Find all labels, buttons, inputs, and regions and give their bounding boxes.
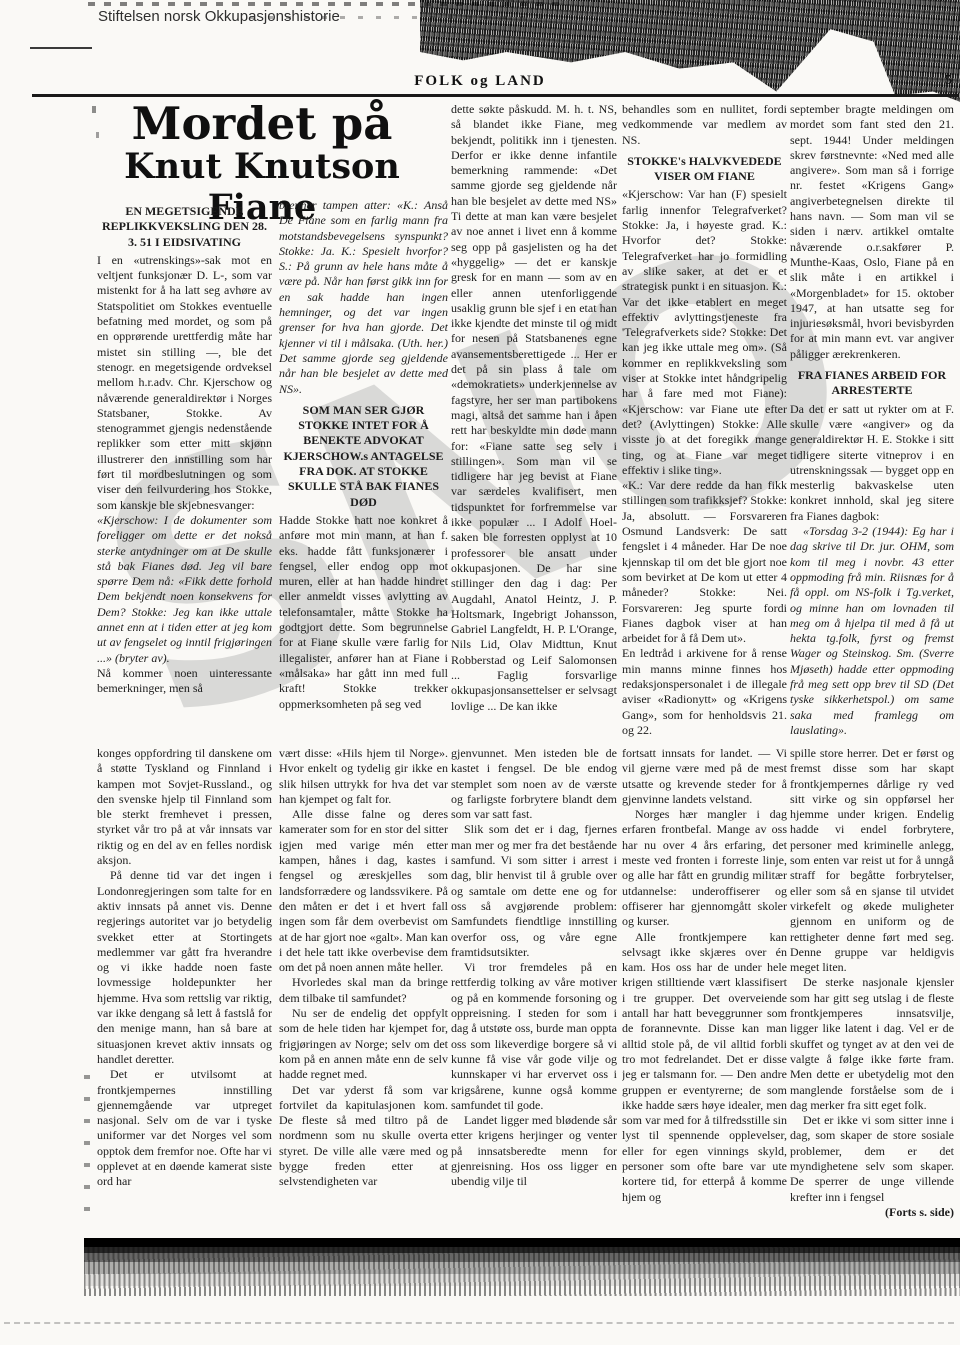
article-paragraph: Nå kommer noen uinteressante bemerkninge… [97,666,272,697]
scan-artifact-bottom-dashes [4,1322,954,1324]
article-paragraph: gjenvunnet. Men isteden ble de kastet i … [451,746,617,822]
article-paragraph: Vi tror fremdeles på en rettferdig tolki… [451,960,617,1113]
top-column-2: brenner tampen atter: «K.: Anså De Fiane… [279,198,448,745]
scan-artifact-margin-marks [84,1075,90,1225]
page-number: 5 [945,73,952,89]
article-paragraph: Norges hær mangler i dag erfaren frontbe… [622,807,787,929]
article-paragraph: De sterke nasjonale kjensler som har git… [790,975,954,1113]
article-paragraph: Alle disse falne og deres kamerater som … [279,807,448,975]
article-paragraph: «K.: Var dere redde da han fikk stilling… [622,478,787,646]
bottom-column-5: spille store herrer. Det er først og fre… [790,746,954,1236]
scan-artifact-left-rule [30,47,92,49]
article-paragraph: konges oppfordring til danskene om å stø… [97,746,272,868]
article-paragraph: En ledtråd i arkivene for å rense min ma… [622,646,787,738]
newspaper-page: Stiftelsen norsk Okkupasjonshistorie SNO… [0,0,960,1345]
masthead-title: FOLK og LAND [0,73,960,90]
article-paragraph: På denne tid var det ingen i Londonregje… [97,868,272,1067]
article-paragraph: Det er utvilsomt at frontkjempernes inns… [97,1067,272,1189]
article-paragraph: brenner tampen atter: «K.: Anså De Fiane… [279,198,448,397]
headline-line-1: Mordet på [90,100,434,147]
top-column-4: behandles som en nullitet, fordi vedkomm… [622,102,787,745]
article-paragraph: Landet ligger med blødende sår etter kri… [451,1113,617,1189]
scan-foundation-label: Stiftelsen norsk Okkupasjonshistorie [98,8,340,25]
top-column-1: EN MEGETSIGENDE REPLIKKVEKSLING DEN 28. … [97,198,272,745]
article-paragraph: «Kjerschow: I de dokumenter som foreligg… [97,513,272,666]
article-paragraph: vært disse: «Hils hjem til Norge». Hvor … [279,746,448,807]
article-paragraph: «Kjerschow: Var han (F) spesielt farlig … [622,187,787,478]
article-paragraph: Det er ikke vi som sitter inne i dag, so… [790,1113,954,1205]
article-paragraph: Da det er satt ut rykter om at F. skulle… [790,402,954,524]
article-paragraph: behandles som en nullitet, fordi vedkomm… [622,102,787,148]
top-column-3: dette søkte påskudd. M. h. t. NS, så bla… [451,102,617,745]
continuation-note: (Forts s. side) [790,1205,954,1220]
article-paragraph: september bragte meldingen om mordet som… [790,102,954,362]
article-paragraph: dette søkte påskudd. M. h. t. NS, så bla… [451,102,617,714]
article-paragraph: «Torsdag 3-2 (1944): Eg har i dag skrive… [790,524,954,738]
article-paragraph: Slik som det er i dag, fjernes man mer o… [451,822,617,960]
article-paragraph: fortsatt innsats for landet. — Vi vil gj… [622,746,787,807]
bottom-column-2: vært disse: «Hils hjem til Norge». Hvor … [279,746,448,1236]
column-subhead: FRA FIANES ARBEID FOR ARRESTERTE [790,368,954,399]
bottom-column-3: gjenvunnet. Men isteden ble de kastet i … [451,746,617,1236]
article-paragraph: Hvorledes skal man da bringe dem tilbake… [279,975,448,1006]
column-subhead: SOM MAN SER GJØR STOKKE INTET FOR Å BENE… [279,403,448,510]
article-paragraph: Alle frontkjempere kan selvsagt ikke skj… [622,930,787,1205]
article-paragraph: Hadde Stokke hatt noe konkret å anføre m… [279,513,448,712]
article-paragraph: spille store herrer. Det er først og fre… [790,746,954,975]
bottom-column-4: fortsatt innsats for landet. — Vi vil gj… [622,746,787,1236]
scan-noise-strip-bottom [84,1238,960,1296]
bottom-column-1: konges oppfordring til danskene om å stø… [97,746,272,1236]
article-paragraph: Nu ser de endelig det oppfylt som de hel… [279,1006,448,1082]
top-column-5: september bragte meldingen om mordet som… [790,102,954,745]
column-subhead: EN MEGETSIGENDE REPLIKKVEKSLING DEN 28. … [97,204,272,250]
article-paragraph: Det var yderst få som var fortvilet da k… [279,1083,448,1190]
article-paragraph: I en «utrenskings»-sak mot en veltjent f… [97,253,272,513]
column-subhead: STOKKE's HALVKVEDEDE VISER OM FIANE [622,154,787,185]
